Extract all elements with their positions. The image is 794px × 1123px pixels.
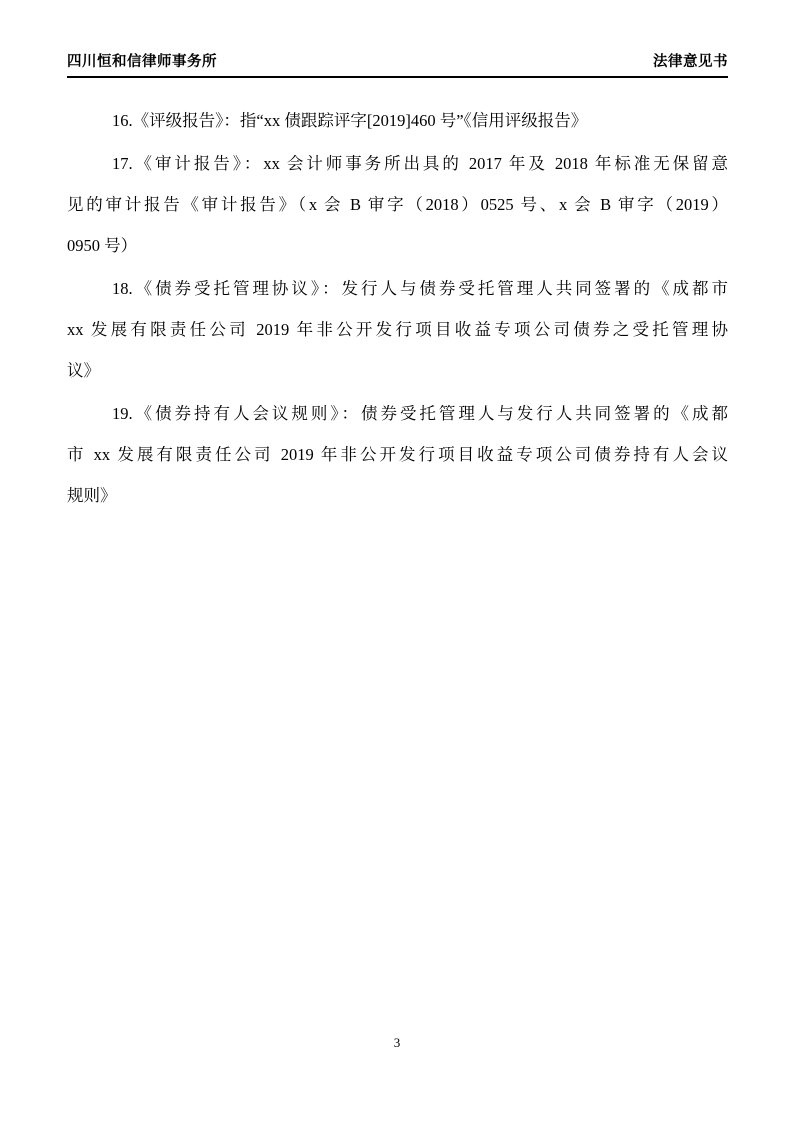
page-footer: 3 <box>0 1034 794 1052</box>
page-number: 3 <box>394 1035 401 1050</box>
text-line: 规则》 <box>67 475 728 516</box>
text-line: 见的审计报告《审计报告》（x 会 B 审字（2018）0525 号、x 会 B … <box>67 184 728 225</box>
paragraph: 16.《评级报告》：指“xx 债跟踪评字[2019]460 号”《信用评级报告》 <box>67 100 728 141</box>
text-line: 市 xx 发展有限责任公司 2019 年非公开发行项目收益专项公司债券持有人会议 <box>67 434 728 475</box>
document-page: { "document": { "header": { "firm_name":… <box>0 0 794 1123</box>
text-line: 0950 号） <box>67 225 728 266</box>
text-line: 议》 <box>67 350 728 391</box>
header-firm-name: 四川恒和信律师事务所 <box>67 50 217 71</box>
paragraph: 17.《审计报告》：xx 会计师事务所出具的 2017 年及 2018 年标准无… <box>67 143 728 266</box>
text-line: 17.《审计报告》：xx 会计师事务所出具的 2017 年及 2018 年标准无… <box>67 143 728 184</box>
text-line: 19.《债券持有人会议规则》：债券受托管理人与发行人共同签署的《成都 <box>67 393 728 434</box>
text-line: 16.《评级报告》：指“xx 债跟踪评字[2019]460 号”《信用评级报告》 <box>67 100 728 141</box>
paragraph: 19.《债券持有人会议规则》：债券受托管理人与发行人共同签署的《成都市 xx 发… <box>67 393 728 516</box>
header-doc-type: 法律意见书 <box>653 50 728 71</box>
document-body: 16.《评级报告》：指“xx 债跟踪评字[2019]460 号”《信用评级报告》… <box>67 100 728 518</box>
text-line: xx 发展有限责任公司 2019 年非公开发行项目收益专项公司债券之受托管理协 <box>67 309 728 350</box>
text-line: 18.《债券受托管理协议》：发行人与债券受托管理人共同签署的《成都市 <box>67 268 728 309</box>
page-header: 四川恒和信律师事务所 法律意见书 <box>67 50 728 78</box>
paragraph: 18.《债券受托管理协议》：发行人与债券受托管理人共同签署的《成都市xx 发展有… <box>67 268 728 391</box>
